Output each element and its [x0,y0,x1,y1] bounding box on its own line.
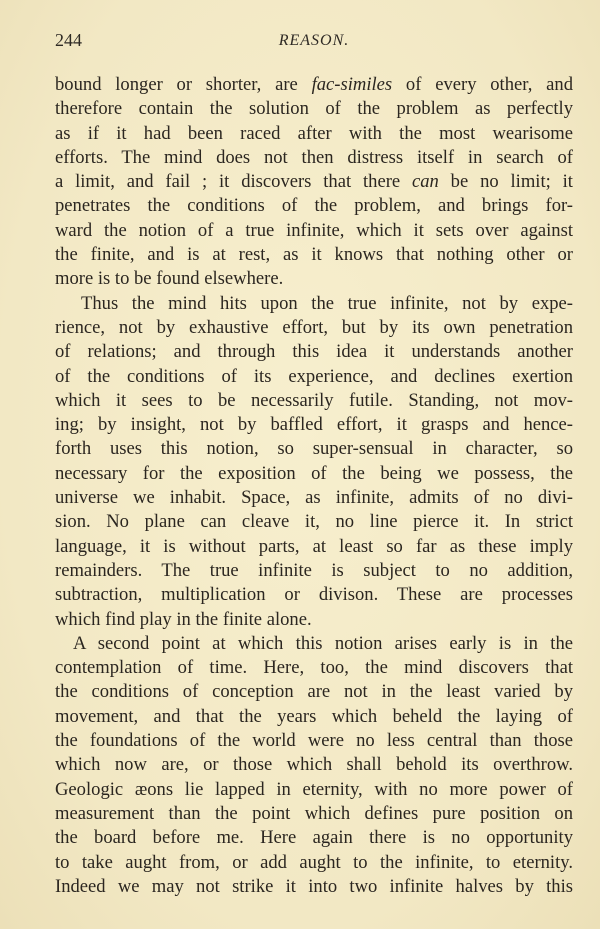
text-line: of the conditions of its experience, and… [55,365,573,389]
text-line: as if it had been raced after with the m… [55,122,573,146]
text-line: of relations; and through this idea it u… [55,340,573,364]
text-line: the finite, and is at rest, as it knows … [55,243,573,267]
text-line: the foundations of the world were no les… [55,729,573,753]
text-line: language, it is without parts, at least … [55,535,573,559]
text-line: ing; by insight, not by baffled effort, … [55,413,573,437]
text-line: ward the notion of a true infinite, whic… [55,219,573,243]
text-line: the board before me. Here again there is… [55,826,573,850]
text-line: universe we inhabit. Space, as infinite,… [55,486,573,510]
text-line: necessary for the exposition of the bein… [55,462,573,486]
text-line: Indeed we may not strike it into two inf… [55,875,573,899]
text-line: measurement than the point which defines… [55,802,573,826]
paragraph-start-line: A second point at which this notion aris… [55,632,573,656]
running-head: REASON. [55,32,573,50]
text-line: a limit, and fail ; it discovers that th… [55,170,573,194]
paragraph-start-line: Thus the mind hits upon the true infinit… [55,292,573,316]
body-text: bound longer or shorter, are fac-similes… [55,73,573,899]
text-line: forth uses this notion, so super-sensual… [55,437,573,461]
text-line: to take aught from, or add aught to the … [55,851,573,875]
text-line: remainders. The true infinite is subject… [55,559,573,583]
text-line: the conditions of conception are not in … [55,680,573,704]
text-line: which now are, or those which shall beho… [55,753,573,777]
text-line: bound longer or shorter, are fac-similes… [55,73,573,97]
emphasis-text: can [412,171,439,192]
text-line: more is to be found elsewhere. [55,267,573,291]
text-line: contemplation of time. Here, too, the mi… [55,656,573,680]
text-line: therefore contain the solution of the pr… [55,97,573,121]
text-line: which find play in the finite alone. [55,608,573,632]
text-line: efforts. The mind does not then distress… [55,146,573,170]
text-line: rience, not by exhaustive effort, but by… [55,316,573,340]
text-line: subtraction, multiplication or divison. … [55,583,573,607]
text-line: sion. No plane can cleave it, no line pi… [55,510,573,534]
page-header: 244 REASON. [55,30,573,54]
emphasis-text: fac-similes [312,74,393,95]
text-line: Geologic æons lie lapped in eternity, wi… [55,778,573,802]
text-line: movement, and that the years which behel… [55,705,573,729]
text-line: penetrates the conditions of the problem… [55,194,573,218]
text-line: which it sees to be necessarily futile. … [55,389,573,413]
